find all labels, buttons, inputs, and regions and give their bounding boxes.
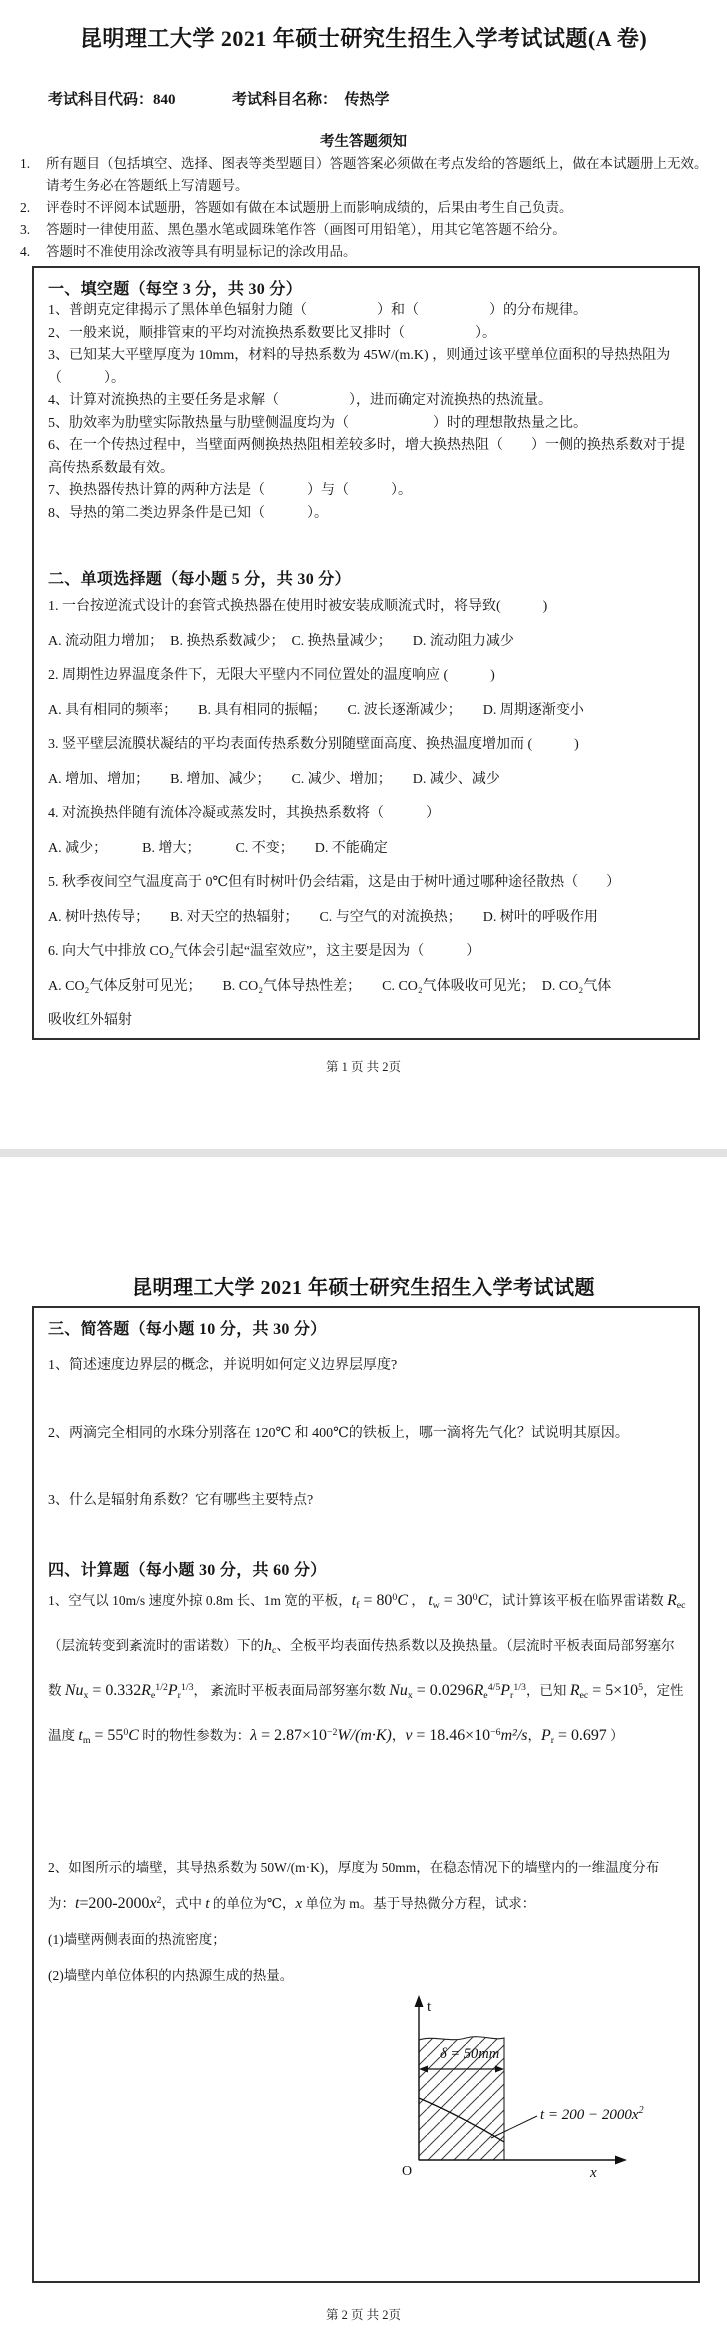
- formula-temp-distribution: t=200-2000x2: [75, 1895, 161, 1912]
- calc2-text: ，式中: [161, 1896, 205, 1911]
- calc1-text: ， 紊流时平板表面局部努塞尔数: [194, 1683, 390, 1698]
- thickness-label: δ = 50mm: [440, 2046, 499, 2062]
- section4-heading: 四、计算题（每小题 30 分，共 60 分）: [48, 1557, 686, 1580]
- page1-title: 昆明理工大学 2021 年硕士研究生招生入学考试试题(A 卷): [0, 22, 727, 53]
- mcq-question: 2. 周期性边界温度条件下，无限大平壁内不同位置处的温度响应 ( ): [48, 659, 686, 694]
- section1-items: 1、普朗克定律揭示了黑体单色辐射力随（ ）和（ ）的分布规律。 2、一般来说，顺…: [48, 300, 686, 525]
- subject-code: 考试科目代码：840: [48, 88, 176, 109]
- formula-lambda: λ = 2.87×10−2W/(m·K): [250, 1727, 392, 1744]
- mcq-question: 5. 秋季夜间空气温度高于 0℃但有时树叶仍会结霜，这是由于树叶通过哪种途径散热…: [48, 866, 686, 901]
- notice-text: 答题时一律使用蓝、黑色墨水笔或圆珠笔作答（画图可用铅笔），用其它笔答题不给分。: [46, 219, 714, 241]
- calc1-text: 1、空气以 10m/s 速度外掠 0.8m 长、1m 宽的平板，: [48, 1593, 352, 1608]
- section1-heading: 一、填空题（每空 3 分，共 30 分）: [48, 276, 686, 299]
- x-axis-arrow: [615, 2156, 627, 2165]
- fill-blank-item: 1、普朗克定律揭示了黑体单色辐射力随（ ）和（ ）的分布规律。: [48, 300, 686, 323]
- fill-blank-item: 4、计算对流换热的主要任务是求解（ ），进而确定对流换热的热流量。: [48, 390, 686, 413]
- subject-name: 考试科目名称： 传热学: [232, 88, 390, 109]
- notice-item: 2. 评卷时不评阅本试题册，答题如有做在本试题册上而影响成绩的，后果由考生自己负…: [20, 197, 714, 219]
- notice-num: 3.: [20, 219, 46, 241]
- mcq-options: A. 流动阻力增加； B. 换热系数减少； C. 换热量减少； D. 流动阻力减…: [48, 625, 686, 660]
- wall-figure: t x O δ = 50mm t = 200 − 2000x2: [388, 1992, 648, 2192]
- notice-text: 所有题目（包括填空、选择、图表等类型题目）答题答案必须做在考点发给的答题纸上，做…: [46, 153, 714, 197]
- mcq-question: 1. 一台按逆流式设计的套管式换热器在使用时被安装成顺流式时，将导致( ): [48, 590, 686, 625]
- fill-blank-item: 6、在一个传热过程中，当壁面两侧换热热阻相差较多时，增大换热热阻（ ）一侧的换热…: [48, 435, 686, 480]
- exam-document: 昆明理工大学 2021 年硕士研究生招生入学考试试题(A 卷) 考试科目代码：8…: [0, 0, 727, 2331]
- calc2-subquestion-2: (2)墙壁内单位体积的内热源生成的热量。: [48, 1958, 686, 1994]
- notice-text: 答题时不准使用涂改液等具有明显标记的涂改用品。: [46, 241, 714, 263]
- subject-name-label: 考试科目名称：: [232, 92, 330, 108]
- mcq-options-wrap: 吸收红外辐射: [48, 1004, 686, 1039]
- formula-pr: Pr = 0.697: [541, 1727, 607, 1744]
- calc1-text: ，: [527, 1728, 541, 1743]
- page-divider: [0, 1149, 727, 1157]
- fill-blank-item: 7、换热器传热计算的两种方法是（ ）与（ ）。: [48, 480, 686, 503]
- formula-tm: tm = 550C: [78, 1727, 139, 1744]
- mcq-question: 4. 对流换热伴随有流体冷凝或蒸发时，其换热系数将（ ）: [48, 797, 686, 832]
- formula-rec: Rec: [667, 1592, 686, 1609]
- origin-label: O: [402, 2164, 412, 2179]
- calc-problem-2: 2、如图所示的墙壁，其导热系数为 50W/(m·K)，厚度为 50mm，在稳态情…: [48, 1850, 686, 1994]
- t-axis-arrow: [415, 1995, 424, 2007]
- calc2-text: 的单位为℃，: [209, 1896, 295, 1911]
- fill-blank-item: 5、肋效率为肋壁实际散热量与肋壁侧温度均为（ ）时的理想散热量之比。: [48, 413, 686, 436]
- calc1-text: （层流转变到紊流时的雷诺数）下的: [48, 1638, 264, 1653]
- notice-title: 考生答题须知: [0, 130, 727, 151]
- notice-num: 2.: [20, 197, 46, 219]
- mcq-options: A. 具有相同的频率； B. 具有相同的振幅； C. 波长逐渐减少； D. 周期…: [48, 694, 686, 729]
- notice-list: 1. 所有题目（包括填空、选择、图表等类型题目）答题答案必须做在考点发给的答题纸…: [20, 153, 714, 263]
- x-axis-label: x: [589, 2165, 597, 2181]
- curve-equation-label: t = 200 − 2000x2: [540, 2105, 644, 2123]
- formula-tw: tw = 300C: [428, 1592, 488, 1609]
- calc1-text: 时的物性参数为：: [139, 1728, 250, 1743]
- page2-footer: 第 2 页 共 2页: [0, 2305, 727, 2323]
- subject-code-label: 考试科目代码：: [48, 92, 153, 108]
- formula-nusselt-laminar: Nux = 0.332Re1/2Pr1/3: [65, 1682, 194, 1699]
- page1-footer: 第 1 页 共 2页: [0, 1057, 727, 1075]
- calc2-subquestion-1: (1)墙壁两侧表面的热流密度；: [48, 1922, 686, 1958]
- formula-rec-value: Rec = 5×105: [570, 1682, 643, 1699]
- mcq-options: A. 增加、增加； B. 增加、减少； C. 减少、增加； D. 减少、减少: [48, 763, 686, 798]
- notice-text: 评卷时不评阅本试题册，答题如有做在本试题册上而影响成绩的，后果由考生自己负责。: [46, 197, 714, 219]
- calc1-text: ，: [392, 1728, 406, 1743]
- page2-question-box: 三、简答题（每小题 10 分，共 30 分） 1、简述速度边界层的概念，并说明如…: [32, 1306, 700, 2283]
- section3-heading: 三、简答题（每小题 10 分，共 30 分）: [48, 1316, 686, 1339]
- mcq-question: 6. 向大气中排放 CO₂气体会引起“温室效应”，这主要是因为（ ）: [48, 935, 686, 970]
- calc1-text: ，已知: [526, 1683, 570, 1698]
- subject-code-value: 840: [153, 92, 176, 108]
- calc2-text: 单位为 m。基于导热微分方程，试求：: [302, 1896, 535, 1911]
- subject-name-value: 传热学: [345, 92, 390, 108]
- short-answer-item: 2、两滴完全相同的水珠分别落在 120℃ 和 400℃的铁板上，哪一滴将先气化？…: [48, 1423, 686, 1445]
- formula-tf: tf = 800C: [352, 1592, 408, 1609]
- notice-item: 1. 所有题目（包括填空、选择、图表等类型题目）答题答案必须做在考点发给的答题纸…: [20, 153, 714, 197]
- wall-figure-svg: t x O δ = 50mm t = 200 − 2000x2: [388, 1992, 648, 2192]
- page1-question-box: 一、填空题（每空 3 分，共 30 分） 1、普朗克定律揭示了黑体单色辐射力随（…: [32, 266, 700, 1040]
- fill-blank-item: 8、导热的第二类边界条件是已知（ ）。: [48, 503, 686, 526]
- calc1-text: ，: [408, 1593, 428, 1608]
- t-axis-label: t: [427, 1999, 432, 2015]
- notice-num: 1.: [20, 153, 46, 197]
- mcq-options: A. 树叶热传导； B. 对天空的热辐射； C. 与空气的对流换热； D. 树叶…: [48, 901, 686, 936]
- formula-hc: hc: [264, 1637, 276, 1654]
- page2-title: 昆明理工大学 2021 年硕士研究生招生入学考试试题: [0, 1271, 727, 1300]
- calc1-text: ）: [607, 1728, 624, 1743]
- section2-items: 1. 一台按逆流式设计的套管式换热器在使用时被安装成顺流式时，将导致( ) A.…: [48, 590, 686, 1039]
- short-answer-item: 3、什么是辐射角系数？它有哪些主要特点?: [48, 1490, 686, 1512]
- notice-item: 4. 答题时不准使用涂改液等具有明显标记的涂改用品。: [20, 241, 714, 263]
- short-answer-item: 1、简述速度边界层的概念，并说明如何定义边界层厚度?: [48, 1355, 686, 1377]
- calc-problem-1: 1、空气以 10m/s 速度外掠 0.8m 长、1m 宽的平板，tf = 800…: [48, 1578, 686, 1758]
- mcq-options: A. CO₂气体反射可见光； B. CO₂气体导热性差； C. CO₂气体吸收可…: [48, 970, 686, 1005]
- mcq-options: A. 减少； B. 增大； C. 不变； D. 不能确定: [48, 832, 686, 867]
- fill-blank-item: 3、已知某大平壁厚度为 10mm，材料的导热系数为 45W/(m.K) ，则通过…: [48, 345, 686, 390]
- mcq-question: 3. 竖平壁层流膜状凝结的平均表面传热系数分别随壁面高度、换热温度增加而 ( ): [48, 728, 686, 763]
- notice-num: 4.: [20, 241, 46, 263]
- formula-nu: ν = 18.46×10−6m²/s: [405, 1727, 527, 1744]
- formula-nusselt-turbulent: Nux = 0.0296Re4/5Pr1/3: [389, 1682, 526, 1699]
- calc1-text: ，试计算该平板在临界雷诺数: [488, 1593, 667, 1608]
- section2-heading: 二、单项选择题（每小题 5 分，共 30 分）: [48, 566, 686, 589]
- fill-blank-item: 2、一般来说，顺排管束的平均对流换热系数要比叉排时（ ）。: [48, 323, 686, 346]
- notice-item: 3. 答题时一律使用蓝、黑色墨水笔或圆珠笔作答（画图可用铅笔），用其它笔答题不给…: [20, 219, 714, 241]
